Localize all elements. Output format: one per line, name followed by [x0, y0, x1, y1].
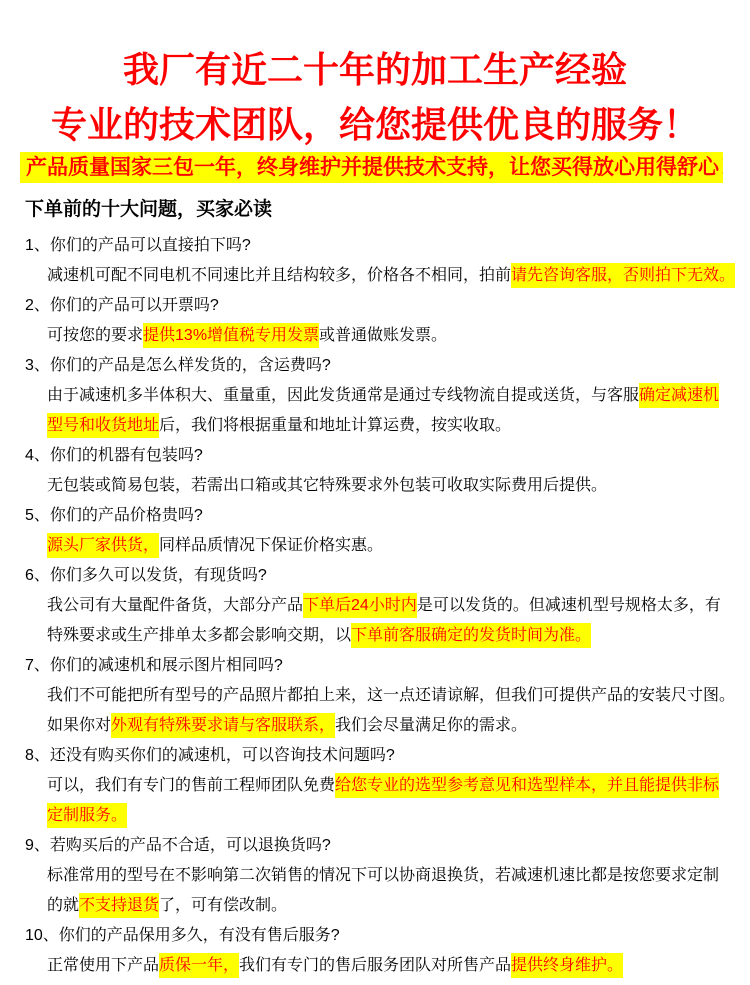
hero-headline-line1: 我厂有近二十年的加工生产经验 [0, 42, 750, 97]
guarantee-banner: 产品质量国家三包一年，终身维护并提供技术支持，让您买得放心用得舒心！ [20, 152, 723, 183]
answer-text: 减速机可配不同电机不同速比并且结构较多，价格各不相同，拍前 [47, 267, 511, 284]
answer-text: 正常使用下产品 [47, 957, 159, 974]
faq-answer-line: 如果你对外观有特殊要求请与客服联系，我们会尽量满足你的需求。 [25, 711, 742, 741]
answer-text: 我们不可能把所有型号的产品照片都拍上来，这一点还请谅解，但我们可提供产品的安装尺… [47, 687, 735, 704]
faq-answer-line: 无包装或简易包装，若需出口箱或其它特殊要求外包装可收取实际费用后提供。 [25, 471, 742, 501]
answer-text: 是可以发货的。但减速机型号规格太多，有 [417, 597, 721, 614]
answer-text: 了，可有偿改制。 [159, 897, 287, 914]
answer-text: 同样品质情况下保证价格实惠。 [159, 537, 383, 554]
faq-question-2: 2、你们的产品可以开票吗? [25, 291, 742, 321]
hero-headline: 我厂有近二十年的加工生产经验 专业的技术团队，给您提供优良的服务！ [0, 0, 750, 152]
answer-text: 我们会尽量满足你的需求。 [335, 717, 527, 734]
highlighted-text: 请先咨询客服，否则拍下无效。 [511, 263, 735, 288]
highlighted-text: 下单前客服确定的发货时间为准。 [351, 623, 591, 648]
answer-text: 我公司有大量配件备货，大部分产品 [47, 597, 303, 614]
hero-headline-line2: 专业的技术团队，给您提供优良的服务！ [0, 97, 750, 152]
answer-text: 如果你对 [47, 717, 111, 734]
faq-answer-line: 的就不支持退货了，可有偿改制。 [25, 891, 742, 921]
faq-answer-line: 特殊要求或生产排单太多都会影响交期，以下单前客服确定的发货时间为准。 [25, 621, 742, 651]
faq-answer-line: 型号和收货地址后，我们将根据重量和地址计算运费，按实收取。 [25, 411, 742, 441]
faq-answer-line: 由于减速机多半体积大、重量重，因此发货通常是通过专线物流自提或送货，与客服确定减… [25, 381, 742, 411]
highlighted-text: 提供13%增值税专用发票 [143, 323, 319, 348]
answer-text: 无包装或简易包装，若需出口箱或其它特殊要求外包装可收取实际费用后提供。 [47, 477, 607, 494]
faq-question-10: 10、你们的产品保用多久，有没有售后服务? [25, 921, 742, 951]
faq-answer-line: 可以，我们有专门的售前工程师团队免费给您专业的选型参考意见和选型样本，并且能提供… [25, 771, 742, 801]
highlighted-text: 确定减速机 [639, 383, 719, 408]
answer-text: 或普通做账发票。 [319, 327, 447, 344]
faq-answer-line: 标准常用的型号在不影响第二次销售的情况下可以协商退换货，若减速机速比都是按您要求… [25, 861, 742, 891]
faq-question-1: 1、你们的产品可以直接拍下吗? [25, 231, 742, 261]
highlighted-text: 源头厂家供货， [47, 533, 159, 558]
highlighted-text: 给您专业的选型参考意见和选型样本，并且能提供非标 [335, 773, 719, 798]
highlighted-text: 外观有特殊要求请与客服联系， [111, 713, 335, 738]
answer-text: 可按您的要求 [47, 327, 143, 344]
highlighted-text: 质保一年， [159, 953, 239, 978]
faq-answer-line: 可按您的要求提供13%增值税专用发票或普通做账发票。 [25, 321, 742, 351]
answer-text: 后，我们将根据重量和地址计算运费，按实收取。 [159, 417, 511, 434]
faq-answer-line: 减速机可配不同电机不同速比并且结构较多，价格各不相同，拍前请先咨询客服，否则拍下… [25, 261, 742, 291]
faq-question-7: 7、你们的减速机和展示图片相同吗? [25, 651, 742, 681]
highlighted-text: 不支持退货 [79, 893, 159, 918]
faq-answer-line: 源头厂家供货，同样品质情况下保证价格实惠。 [25, 531, 742, 561]
faq-answer-line: 我公司有大量配件备货，大部分产品下单后24小时内是可以发货的。但减速机型号规格太… [25, 591, 742, 621]
answer-text: 特殊要求或生产排单太多都会影响交期，以 [47, 627, 351, 644]
highlighted-text: 提供终身维护。 [511, 953, 623, 978]
answer-text: 标准常用的型号在不影响第二次销售的情况下可以协商退换货，若减速机速比都是按您要求… [47, 867, 719, 884]
faq-question-8: 8、还没有购买你们的减速机，可以咨询技术问题吗? [25, 741, 742, 771]
faq-question-6: 6、你们多久可以发货，有现货吗? [25, 561, 742, 591]
faq-question-3: 3、你们的产品是怎么样发货的，含运费吗? [25, 351, 742, 381]
answer-text: 由于减速机多半体积大、重量重，因此发货通常是通过专线物流自提或送货，与客服 [47, 387, 639, 404]
highlighted-text: 型号和收货地址 [47, 413, 159, 438]
faq-question-5: 5、你们的产品价格贵吗? [25, 501, 742, 531]
faq-answer-line: 定制服务。 [25, 801, 742, 831]
faq-question-4: 4、你们的机器有包装吗? [25, 441, 742, 471]
faq-section-heading: 下单前的十大问题，买家必读 [25, 197, 750, 223]
answer-text: 的就 [47, 897, 79, 914]
faq-list: 1、你们的产品可以直接拍下吗?减速机可配不同电机不同速比并且结构较多，价格各不相… [25, 231, 742, 981]
answer-text: 我们有专门的售后服务团队对所售产品 [239, 957, 511, 974]
faq-question-9: 9、若购买后的产品不合适，可以退换货吗? [25, 831, 742, 861]
product-detail-page: { "hero": { "line1": "我厂有近二十年的加工生产经验", "… [0, 0, 750, 985]
highlighted-text: 定制服务。 [47, 803, 127, 828]
faq-answer-line: 正常使用下产品质保一年，我们有专门的售后服务团队对所售产品提供终身维护。 [25, 951, 742, 981]
answer-text: 可以，我们有专门的售前工程师团队免费 [47, 777, 335, 794]
faq-answer-line: 我们不可能把所有型号的产品照片都拍上来，这一点还请谅解，但我们可提供产品的安装尺… [25, 681, 742, 711]
highlighted-text: 下单后24小时内 [303, 593, 417, 618]
